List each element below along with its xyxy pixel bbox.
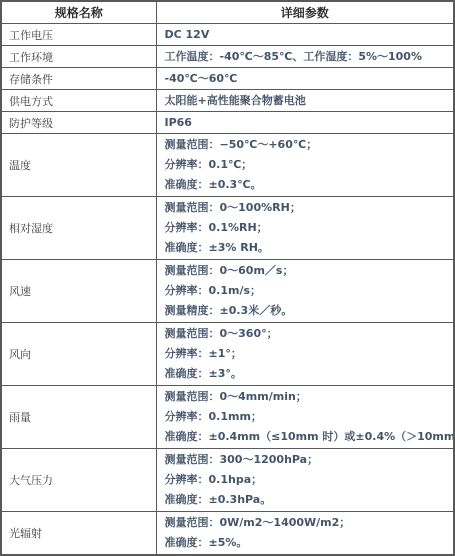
spec-row: 防护等级IP66: [1, 112, 454, 134]
spec-name-cell: 存储条件: [1, 68, 156, 90]
spec-name-cell: 工作电压: [1, 24, 156, 46]
param-line: 准确度：±3% RH。: [165, 238, 450, 258]
spec-params-cell: 测量范围：0～60m／s；分辨率：0.1m/s；测量精度：±0.3米／秒。: [156, 260, 454, 323]
header-row: 规格名称 详细参数: [1, 1, 454, 24]
spec-name-cell: 工作环境: [1, 46, 156, 68]
param-line: 分辨率：±1°；: [165, 344, 450, 364]
spec-name-cell: 光辐射: [1, 512, 156, 556]
param-line: 工作温度：-40℃～85℃、工作湿度：5%～100%: [165, 47, 450, 66]
spec-row: 雨量测量范围：0～4mm/min；分辨率：0.1mm；准确度：±0.4mm（≤1…: [1, 386, 454, 449]
param-line: 准确度：±0.3hPa。: [165, 490, 450, 510]
spec-row: 温度测量范围：−50℃～+60℃；分辨率：0.1℃；准确度：±0.3℃。: [1, 134, 454, 197]
spec-params-cell: 测量范围：0～4mm/min；分辨率：0.1mm；准确度：±0.4mm（≤10m…: [156, 386, 454, 449]
spec-row: 光辐射测量范围：0W/m2～1400W/m2；准确度：±5%。: [1, 512, 454, 556]
spec-params-cell: 测量范围：0～100%RH；分辨率：0.1%RH；准确度：±3% RH。: [156, 197, 454, 260]
spec-name-cell: 大气压力: [1, 449, 156, 512]
spec-params-cell: 测量范围：0～360°；分辨率：±1°；准确度：±3°。: [156, 323, 454, 386]
param-line: 准确度：±5%。: [165, 533, 450, 553]
spec-name-cell: 风向: [1, 323, 156, 386]
param-line: 分辨率：0.1℃；: [165, 155, 450, 175]
spec-row: 相对湿度测量范围：0～100%RH；分辨率：0.1%RH；准确度：±3% RH。: [1, 197, 454, 260]
param-line: -40℃～60℃: [165, 69, 450, 88]
param-line: 测量精度：±0.3米／秒。: [165, 301, 450, 321]
spec-params-cell: -40℃～60℃: [156, 68, 454, 90]
param-line: 测量范围：0～60m／s；: [165, 261, 450, 281]
spec-row: 大气压力测量范围：300～1200hPa；分辨率：0.1hpa；准确度：±0.3…: [1, 449, 454, 512]
param-line: 测量范围：0～4mm/min；: [165, 387, 450, 407]
spec-row: 风向测量范围：0～360°；分辨率：±1°；准确度：±3°。: [1, 323, 454, 386]
param-line: DC 12V: [165, 25, 450, 44]
param-line: 测量范围：0～100%RH；: [165, 198, 450, 218]
spec-name-cell: 相对湿度: [1, 197, 156, 260]
spec-row: 风速测量范围：0～60m／s；分辨率：0.1m/s；测量精度：±0.3米／秒。: [1, 260, 454, 323]
spec-name-cell: 防护等级: [1, 112, 156, 134]
param-line: 准确度：±0.3℃。: [165, 175, 450, 195]
param-line: 准确度：±3°。: [165, 364, 450, 384]
header-detail-params: 详细参数: [156, 1, 454, 24]
spec-name-cell: 温度: [1, 134, 156, 197]
spec-params-cell: 太阳能+高性能聚合物蓄电池: [156, 90, 454, 112]
spec-name-cell: 雨量: [1, 386, 156, 449]
param-line: 测量范围：−50℃～+60℃；: [165, 135, 450, 155]
param-line: 准确度：±0.4mm（≤10mm 时）或±0.4%（＞10mm 时）。: [165, 427, 450, 447]
spec-params-cell: 测量范围：0W/m2～1400W/m2；准确度：±5%。: [156, 512, 454, 556]
param-line: 测量范围：0W/m2～1400W/m2；: [165, 513, 450, 533]
spec-name-cell: 风速: [1, 260, 156, 323]
param-line: 测量范围：300～1200hPa；: [165, 450, 450, 470]
header-spec-name: 规格名称: [1, 1, 156, 24]
spec-row: 供电方式太阳能+高性能聚合物蓄电池: [1, 90, 454, 112]
spec-name-cell: 供电方式: [1, 90, 156, 112]
param-line: 分辨率：0.1mm；: [165, 407, 450, 427]
spec-params-cell: DC 12V: [156, 24, 454, 46]
spec-params-cell: IP66: [156, 112, 454, 134]
param-line: 测量范围：0～360°；: [165, 324, 450, 344]
param-line: 分辨率：0.1%RH；: [165, 218, 450, 238]
param-line: 太阳能+高性能聚合物蓄电池: [165, 91, 450, 110]
spec-params-cell: 工作温度：-40℃～85℃、工作湿度：5%～100%: [156, 46, 454, 68]
param-line: 分辨率：0.1m/s；: [165, 281, 450, 301]
param-line: 分辨率：0.1hpa；: [165, 470, 450, 490]
spec-row: 工作环境工作温度：-40℃～85℃、工作湿度：5%～100%: [1, 46, 454, 68]
param-line: IP66: [165, 113, 450, 132]
spec-params-cell: 测量范围：300～1200hPa；分辨率：0.1hpa；准确度：±0.3hPa。: [156, 449, 454, 512]
spec-table-body: 工作电压DC 12V工作环境工作温度：-40℃～85℃、工作湿度：5%～100%…: [1, 24, 454, 556]
spec-params-cell: 测量范围：−50℃～+60℃；分辨率：0.1℃；准确度：±0.3℃。: [156, 134, 454, 197]
spec-row: 存储条件-40℃～60℃: [1, 68, 454, 90]
spec-row: 工作电压DC 12V: [1, 24, 454, 46]
spec-table: 规格名称 详细参数 工作电压DC 12V工作环境工作温度：-40℃～85℃、工作…: [0, 0, 455, 556]
